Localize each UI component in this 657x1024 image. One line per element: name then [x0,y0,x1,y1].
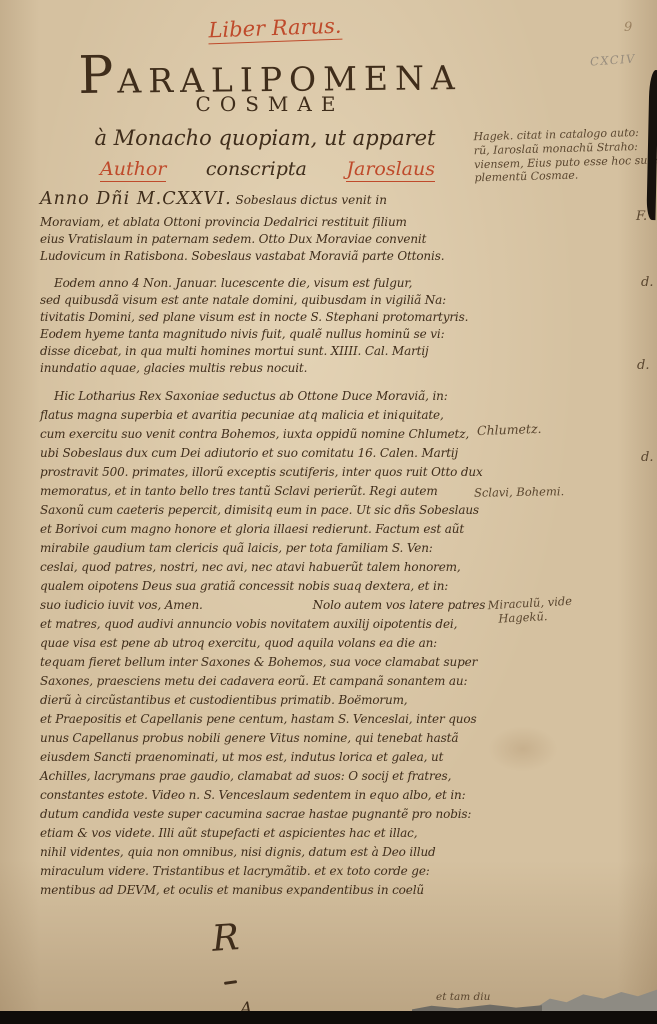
margin-mark-d-2: d. [637,358,649,373]
text-line-rest: Sobeslaus dictus venit in [232,193,387,207]
text-line: Moraviam, et ablata Ottoni provincia Ded… [40,215,470,232]
margin-note-miraculum: Miraculũ, videHagekũ. [487,594,573,626]
text-line: ubi Sobeslaus dux cum Dei adiutorio et s… [40,446,470,465]
text-line: cum exercitu suo venit contra Bohemos, i… [40,427,470,446]
paragraph-lines: Moraviam, et ablata Ottoni provincia Ded… [40,215,470,266]
margin-mark-f: F. [636,209,647,224]
torn-paper-corner [538,983,657,1013]
text-line: et Praepositis et Capellanis pene centum… [40,712,470,731]
paragraph-eodem-anno: Eodem anno 4 Non. Januar. lucescente die… [40,276,470,378]
margin-note-chlumetz: Chlumetz. [477,421,542,438]
text-line: unus Capellanus probus nobili genere Vit… [40,731,470,750]
text-line: et Borivoi cum magno honore et gloria il… [40,522,470,541]
paragraph-anno-1126: Anno Dñi M.CXXVI. Sobeslaus dictus venit… [40,189,470,266]
catchword-et-tam-diu: et tam diu [436,991,490,1003]
text-line: quae visa est pene ab utroq exercitu, qu… [40,636,470,655]
text-line: suo iudicio iuvit vos, Amen. Nolo autem … [40,598,470,617]
folio-number: 9 [624,20,632,35]
attribution-line: à Monacho quopiam, ut apparet [55,126,475,150]
margin-mark-d-3: d. [641,450,653,465]
text-line: etiam & vos videte. Illi aũt stupefacti … [40,826,470,845]
text-line: memoratus, et in tanto bello tres tantũ … [40,484,470,503]
text-line: Ludovicum in Ratisbona. Sobeslaus vastab… [40,249,470,266]
text-line: Saxones, praesciens metu dei cadavera eo… [40,674,470,693]
manuscript-page: 9 CXCIV Liber Rarus. PARALIPOMENA COSMAE… [0,0,657,1024]
text-line: Eodem anno 4 Non. Januar. lucescente die… [40,276,470,293]
page-edge-shadow-bottom [0,1011,657,1024]
page-edge-shadow-right [646,70,657,220]
anno-domini-lead: Anno Dñi M.CXXVI. [40,189,232,209]
author-line: Author conscripta Jaroslaus [100,158,435,182]
text-line: inundatio aquae, glacies multis rebus no… [40,361,470,378]
text-line: prostravit 500. primates, illorũ excepti… [40,465,470,484]
conscripta-word: conscripta [206,158,307,182]
text-line: disse dicebat, in qua multi homines mort… [40,344,470,361]
text-line: tequam fieret bellum inter Saxones & Boh… [40,655,470,674]
text-line: Achilles, lacrymans prae gaudio, clamaba… [40,769,470,788]
text-line: nihil videntes, quia non omnibus, nisi d… [40,845,470,864]
rubric-liber-rarus: Liber Rarus. [170,12,381,43]
text-line: Anno Dñi M.CXXVI. Sobeslaus dictus venit… [40,189,470,215]
margin-note-hagek: Hagek. citat in catalogo auto:rũ, Iarosl… [473,126,649,186]
author-label: Author [100,158,166,182]
margin-mark-d-1: d. [641,275,653,290]
text-line: Hagekũ. [488,608,573,626]
text-line: dierũ à circũstantibus et custodientibus… [40,693,470,712]
text-line: mirabile gaudium tam clericis quã laicis… [40,541,470,560]
text-line: miraculum videre. Tristantibus et lacrym… [40,864,470,883]
catchword-initial-r: R [211,917,241,960]
text-line: constantes estote. Video n. S. Venceslau… [40,788,470,807]
text-line: mentibus ad DEVM, et oculis et manibus e… [40,883,470,902]
text-line: sed quibusdã visum est ante natale domin… [40,293,470,310]
paragraph-lotharius: Hic Lotharius Rex Saxoniae seductus ab O… [40,389,470,902]
rubric-text: Liber Rarus. [208,14,342,45]
text-line: Eodem hyeme tanta magnitudo nivis fuit, … [40,327,470,344]
text-line: eius Vratislaum in paternam sedem. Otto … [40,232,470,249]
text-line: tivitatis Domini, sed plane visum est in… [40,310,470,327]
author-name: Jaroslaus [346,158,435,182]
text-line: flatus magna superbia et avaritia pecuni… [40,408,470,427]
text-line: et matres, quod audivi annuncio vobis no… [40,617,470,636]
text-line: Hic Lotharius Rex Saxoniae seductus ab O… [40,389,470,408]
paper-stain [488,726,558,772]
text-line: eiusdem Sancti praenominati, ut mos est,… [40,750,470,769]
page-subtitle-cosmae: COSMAE [60,92,480,116]
text-line: ceslai, quod patres, nostri, nec avi, ne… [40,560,470,579]
pencil-shelfmark: CXCIV [590,51,637,68]
margin-note-sclavi: Sclavi, Bohemi. [474,484,564,500]
pen-stroke [224,980,237,984]
text-line: dutum candida veste super cacumina sacra… [40,807,470,826]
text-line: qualem oipotens Deus sua gratiã concessi… [40,579,470,598]
text-line: Saxonũ cum caeteris pepercit, dimisitq e… [40,503,470,522]
